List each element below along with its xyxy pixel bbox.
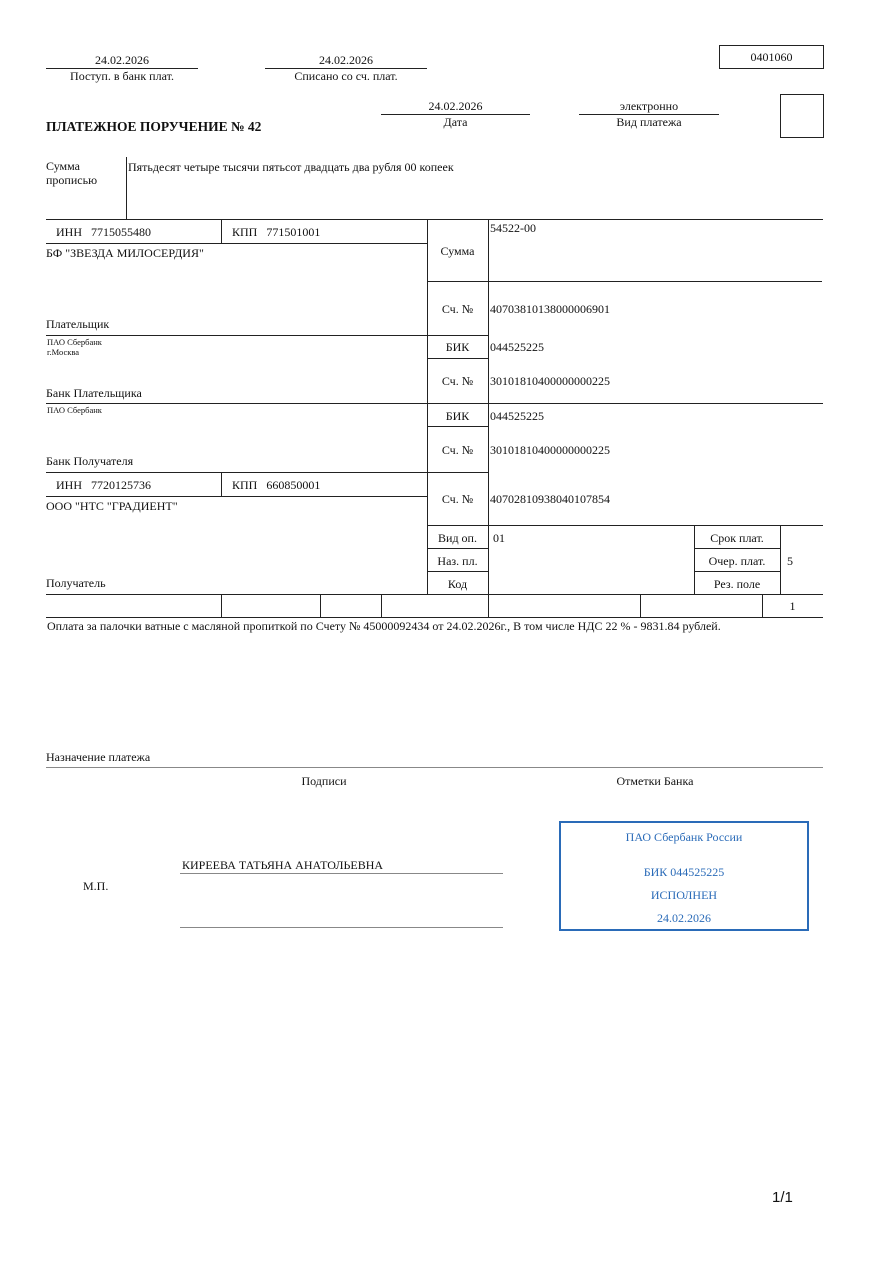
- amount-words-label: Сумма прописью: [46, 159, 97, 187]
- divider: [427, 525, 823, 526]
- divider: [320, 594, 321, 617]
- payer-name: БФ "ЗВЕЗДА МИЛОСЕРДИЯ": [46, 246, 204, 261]
- debited-date: 24.02.2026: [265, 53, 427, 68]
- priority-value: 5: [787, 554, 793, 569]
- payee-bank-name: ПАО Сбербанк: [47, 405, 102, 415]
- divider: [221, 472, 222, 496]
- payment-type-label: Вид платежа: [579, 115, 719, 130]
- payee-kpp-label: КПП: [232, 478, 257, 492]
- tax-field-last: 1: [762, 599, 823, 614]
- priority-label: Очер. плат.: [694, 554, 780, 569]
- purpose-code-label: Наз. пл.: [427, 554, 488, 569]
- payee-inn-label: ИНН: [56, 478, 82, 492]
- payer-inn-value: 7715055480: [91, 225, 151, 239]
- divider: [427, 571, 488, 572]
- payee-bank-account-value: 30101810400000000225: [490, 443, 610, 458]
- payer-account-label: Сч. №: [427, 302, 488, 317]
- signatures-label: Подписи: [224, 774, 424, 789]
- stamp-bik: БИК 044525225: [561, 865, 807, 880]
- divider: [427, 281, 822, 282]
- status-code-box: [780, 94, 824, 138]
- payee-bank-bik-label: БИК: [427, 409, 488, 424]
- divider: [46, 594, 823, 595]
- payer-kpp-label: КПП: [232, 225, 257, 239]
- amount-words-label-line2: прописью: [46, 173, 97, 187]
- amount-words-label-line1: Сумма: [46, 159, 97, 173]
- stamp-date: 24.02.2026: [561, 911, 807, 926]
- payee-kpp-value: 660850001: [266, 478, 320, 492]
- payee-name: ООО "НТС "ГРАДИЕНТ": [46, 499, 178, 514]
- divider: [780, 525, 781, 594]
- due-label: Срок плат.: [694, 531, 780, 546]
- op-type-value: 01: [493, 531, 505, 546]
- divider: [427, 426, 488, 427]
- stamp-bank-name: ПАО Сбербанк России: [561, 830, 807, 845]
- divider: [221, 594, 222, 617]
- payer-inn: ИНН 7715055480: [56, 225, 151, 240]
- payer-bank-bik-value: 044525225: [490, 340, 544, 355]
- divider: [427, 358, 488, 359]
- payer-label: Плательщик: [46, 317, 109, 332]
- document-date-label: Дата: [381, 115, 530, 130]
- signature-line: [180, 873, 503, 874]
- debited-label: Списано со сч. плат.: [265, 69, 427, 84]
- payment-type: электронно: [579, 99, 719, 114]
- purpose-text: Оплата за палочки ватные с масляной проп…: [47, 619, 823, 634]
- payee-label: Получатель: [46, 576, 106, 591]
- form-code-box: 0401060: [719, 45, 824, 69]
- payee-inn: ИНН 7720125736: [56, 478, 151, 493]
- divider: [381, 594, 382, 617]
- divider: [427, 548, 488, 549]
- payee-account-label: Сч. №: [427, 492, 488, 507]
- payer-bank-account-label: Сч. №: [427, 374, 488, 389]
- page-number: 1/1: [772, 1189, 793, 1206]
- signature-line: [180, 927, 503, 928]
- payer-account-value: 40703810138000006901: [490, 302, 610, 317]
- divider: [46, 219, 823, 220]
- stamp-status: ИСПОЛНЕН: [561, 888, 807, 903]
- payer-bank-name: ПАО Сбербанк г.Москва: [47, 337, 102, 357]
- divider: [221, 219, 222, 243]
- bank-received-date: 24.02.2026: [46, 53, 198, 68]
- payee-bank-label: Банк Получателя: [46, 454, 133, 469]
- stamp-place-label: М.П.: [83, 879, 108, 894]
- payee-bank-account-label: Сч. №: [427, 443, 488, 458]
- amount-words-value: Пятьдесят четыре тысячи пятьсот двадцать…: [128, 160, 454, 175]
- bank-received-label: Поступ. в банк плат.: [46, 69, 198, 84]
- signer-name: КИРЕЕВА ТАТЬЯНА АНАТОЛЬЕВНА: [182, 858, 383, 873]
- payee-account-value: 40702810938040107854: [490, 492, 610, 507]
- payer-amount-label: Сумма: [427, 244, 488, 259]
- payee-inn-value: 7720125736: [91, 478, 151, 492]
- bank-marks-label: Отметки Банка: [555, 774, 755, 789]
- payer-bank-account-value: 30101810400000000225: [490, 374, 610, 389]
- payee-bank-bik-value: 044525225: [490, 409, 544, 424]
- divider: [126, 157, 127, 219]
- payer-amount-value: 54522-00: [490, 221, 536, 236]
- bank-stamp: ПАО Сбербанк России БИК 044525225 ИСПОЛН…: [559, 821, 809, 931]
- payer-bank-label: Банк Плательщика: [46, 386, 142, 401]
- page-title: ПЛАТЕЖНОЕ ПОРУЧЕНИЕ № 42: [46, 119, 261, 135]
- payer-bank-name-line1: ПАО Сбербанк: [47, 337, 102, 347]
- form-code: 0401060: [751, 50, 793, 64]
- payee-kpp: КПП 660850001: [232, 478, 320, 493]
- divider: [46, 496, 427, 497]
- payer-kpp-value: 771501001: [266, 225, 320, 239]
- payer-inn-label: ИНН: [56, 225, 82, 239]
- document-date: 24.02.2026: [381, 99, 530, 114]
- divider: [488, 594, 489, 617]
- divider: [694, 571, 780, 572]
- divider: [46, 767, 823, 768]
- divider: [46, 472, 488, 473]
- payer-kpp: КПП 771501001: [232, 225, 320, 240]
- divider: [46, 403, 823, 404]
- divider: [46, 617, 823, 618]
- divider: [694, 548, 780, 549]
- purpose-label: Назначение платежа: [46, 750, 150, 765]
- payer-bank-name-line2: г.Москва: [47, 347, 102, 357]
- divider: [488, 219, 489, 594]
- op-type-label: Вид оп.: [427, 531, 488, 546]
- payer-bank-bik-label: БИК: [427, 340, 488, 355]
- reserve-label: Рез. поле: [694, 577, 780, 592]
- divider: [640, 594, 641, 617]
- code-label: Код: [427, 577, 488, 592]
- divider: [46, 335, 488, 336]
- divider: [46, 243, 427, 244]
